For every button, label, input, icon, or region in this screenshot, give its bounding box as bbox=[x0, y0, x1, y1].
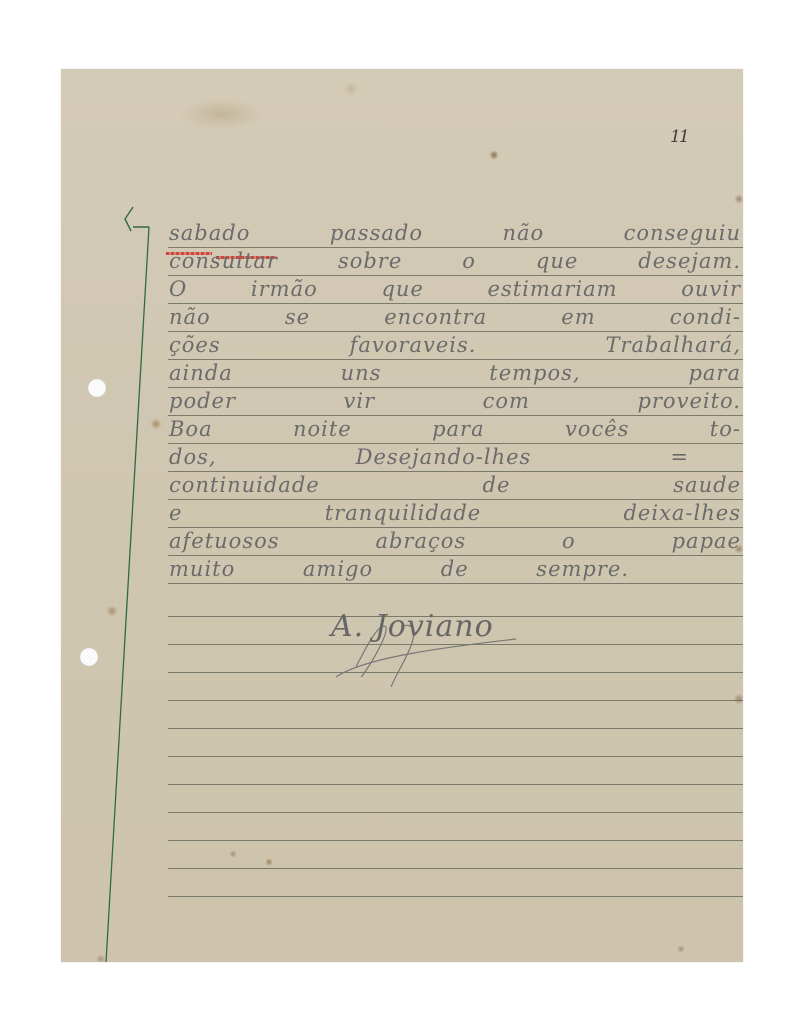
word: to- bbox=[710, 417, 741, 441]
word: abraços bbox=[375, 529, 466, 553]
ruled-line bbox=[168, 555, 743, 556]
word: em bbox=[561, 305, 595, 329]
word: continuidade bbox=[169, 473, 320, 497]
word: não bbox=[169, 305, 211, 329]
word: estimariam bbox=[488, 277, 618, 301]
word: amigo bbox=[303, 557, 373, 581]
handwritten-line-7: poder vir com proveito. bbox=[169, 389, 741, 413]
word: condi- bbox=[670, 305, 741, 329]
word: consultar bbox=[169, 249, 278, 273]
ruled-line bbox=[168, 247, 743, 248]
word: se bbox=[285, 305, 310, 329]
word: conseguiu bbox=[624, 221, 741, 245]
word: vocês bbox=[565, 417, 629, 441]
word: e bbox=[169, 501, 182, 525]
word: para bbox=[432, 417, 485, 441]
handwritten-line-3: O irmão que estimariam ouvir bbox=[169, 277, 741, 301]
ruled-line bbox=[168, 728, 743, 729]
ruled-line bbox=[168, 415, 743, 416]
ruled-line bbox=[168, 840, 743, 841]
word: o bbox=[462, 249, 476, 273]
handwritten-line-5: ções favoraveis. Trabalhará, bbox=[169, 333, 741, 357]
ruled-line bbox=[168, 583, 743, 584]
word: favoraveis. bbox=[350, 333, 477, 357]
word: o bbox=[562, 529, 576, 553]
handwritten-line-11: e tranquilidade deixa-lhes bbox=[169, 501, 741, 525]
letter-page: 11 sabado passado não conseguiu consulta… bbox=[61, 69, 743, 962]
word: ouvir bbox=[681, 277, 741, 301]
word: encontra bbox=[384, 305, 487, 329]
ruled-line bbox=[168, 471, 743, 472]
handwritten-line-9: dos, Desejando-lhes = bbox=[169, 445, 689, 469]
word: desejam. bbox=[638, 249, 741, 273]
ruled-line bbox=[168, 868, 743, 869]
word: tranquilidade bbox=[325, 501, 481, 525]
word: de bbox=[441, 557, 469, 581]
handwritten-line-12: afetuosos abraços o papae bbox=[169, 529, 741, 553]
word: Boa bbox=[169, 417, 213, 441]
page-number: 11 bbox=[670, 127, 688, 147]
handwritten-line-4: não se encontra em condi- bbox=[169, 305, 741, 329]
word: proveito. bbox=[637, 389, 741, 413]
handwritten-line-13: muito amigo de sempre. bbox=[169, 557, 629, 581]
ruled-line bbox=[168, 387, 743, 388]
word: que bbox=[381, 277, 423, 301]
word: sobre bbox=[338, 249, 402, 273]
signature: A. Joviano bbox=[331, 609, 494, 644]
ruled-line bbox=[168, 499, 743, 500]
handwritten-line-2: consultar sobre o que desejam. bbox=[169, 249, 741, 273]
word: uns bbox=[341, 361, 382, 385]
word: sempre. bbox=[536, 557, 629, 581]
handwritten-line-6: ainda uns tempos, para bbox=[169, 361, 741, 385]
ruled-line bbox=[168, 331, 743, 332]
ruled-line bbox=[168, 812, 743, 813]
word: deixa-lhes bbox=[623, 501, 741, 525]
word: = bbox=[670, 445, 689, 469]
word: O bbox=[169, 277, 187, 301]
ruled-line bbox=[168, 359, 743, 360]
handwritten-line-1: sabado passado não conseguiu bbox=[169, 221, 741, 245]
word: saude bbox=[673, 473, 741, 497]
ruled-line bbox=[168, 784, 743, 785]
word: muito bbox=[169, 557, 235, 581]
word: poder bbox=[169, 389, 236, 413]
word: ções bbox=[169, 333, 221, 357]
word: sabado bbox=[169, 221, 250, 245]
word: com bbox=[483, 389, 530, 413]
word: papae bbox=[672, 529, 741, 553]
word: afetuosos bbox=[169, 529, 280, 553]
word: Desejando-lhes bbox=[356, 445, 532, 469]
ruled-line bbox=[168, 756, 743, 757]
word: de bbox=[483, 473, 511, 497]
ruled-line bbox=[168, 700, 743, 701]
word: dos, bbox=[169, 445, 217, 469]
word: Trabalhará, bbox=[605, 333, 741, 357]
handwritten-line-10: continuidade de saude bbox=[169, 473, 741, 497]
handwritten-line-8: Boa noite para vocês to- bbox=[169, 417, 741, 441]
word: não bbox=[502, 221, 544, 245]
ruled-line bbox=[168, 443, 743, 444]
word: noite bbox=[293, 417, 352, 441]
word: para bbox=[688, 361, 741, 385]
word: vir bbox=[344, 389, 376, 413]
ruled-line bbox=[168, 275, 743, 276]
word: irmão bbox=[251, 277, 318, 301]
word: ainda bbox=[169, 361, 233, 385]
word: tempos, bbox=[489, 361, 580, 385]
ruled-line bbox=[168, 527, 743, 528]
word: passado bbox=[330, 221, 423, 245]
word: que bbox=[536, 249, 578, 273]
ruled-line bbox=[168, 896, 743, 897]
ruled-line bbox=[168, 303, 743, 304]
